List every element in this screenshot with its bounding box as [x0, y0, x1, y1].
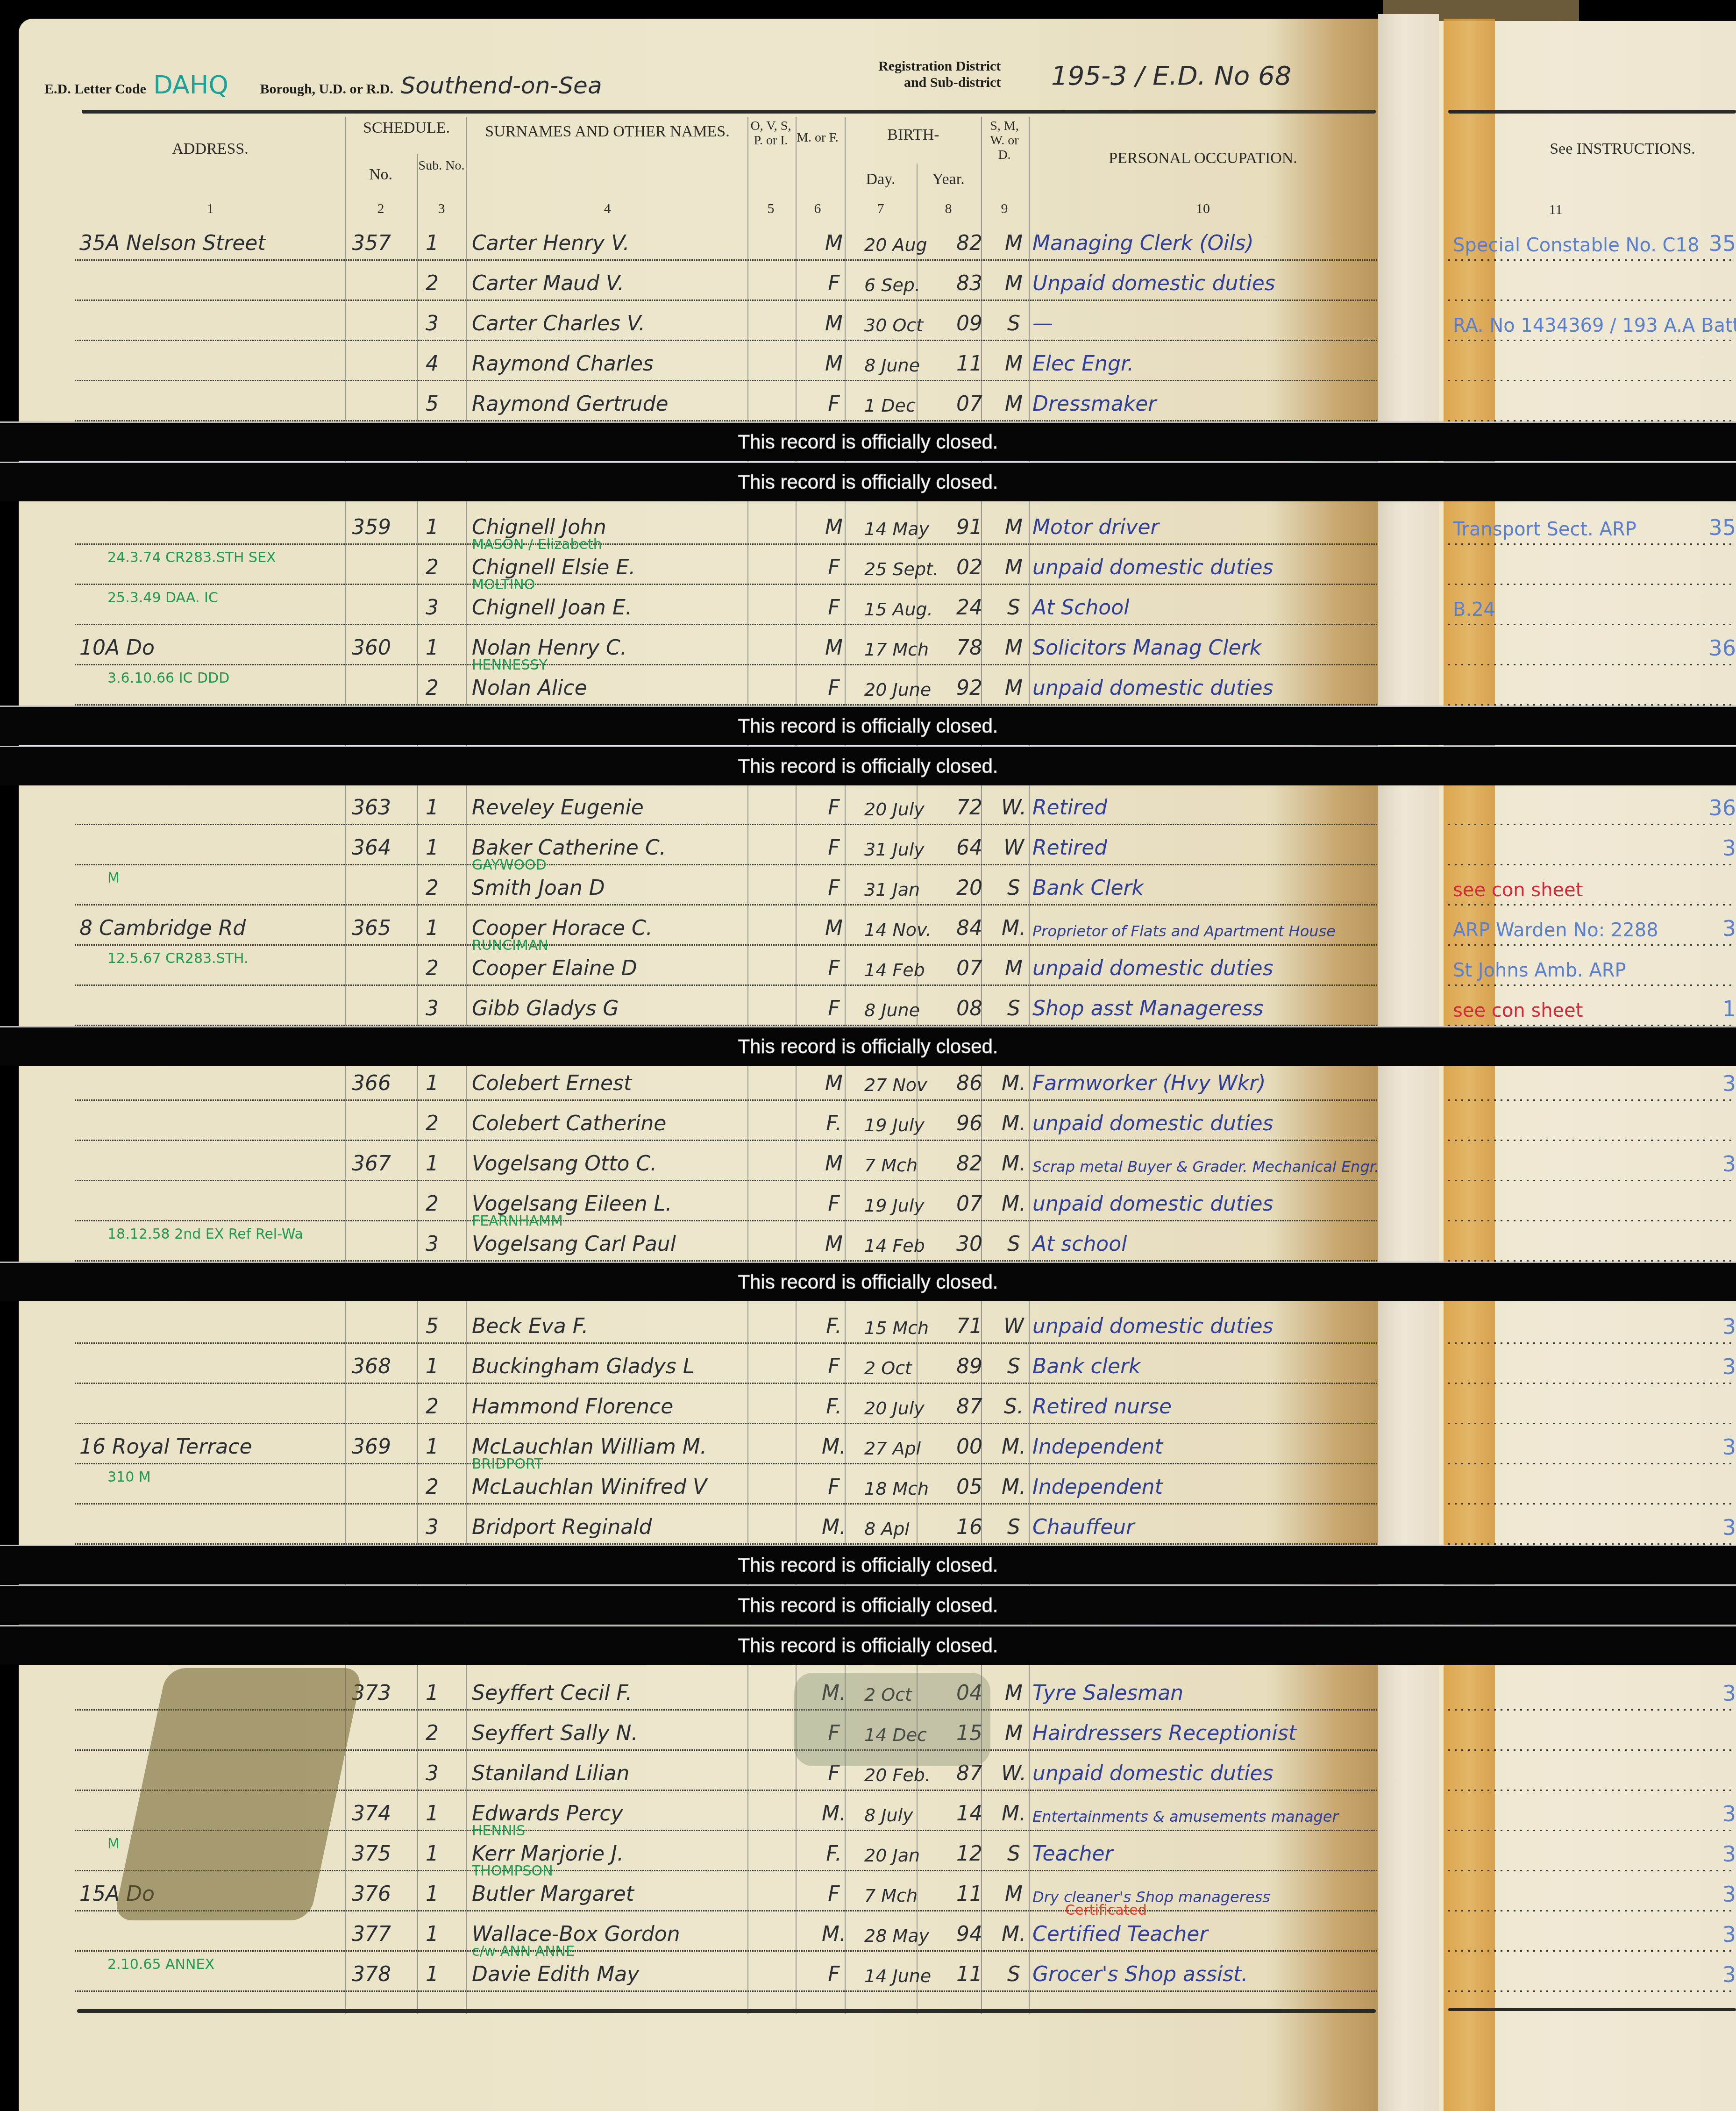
name-amendment: FEARNHAMM: [472, 1213, 563, 1229]
sub-no-cell: 2: [418, 676, 446, 700]
birth-day-cell: 20 July: [864, 799, 934, 820]
address-cell: 10A Do: [79, 636, 341, 660]
sex-cell: M: [804, 515, 864, 539]
closed-record-notice: This record is officially closed.: [738, 471, 998, 493]
table-row: 5Raymond GertrudeF1 Dec07MDressmaker: [75, 381, 1378, 421]
instructions-row: [1448, 1751, 1736, 1791]
sub-no-cell: 3: [418, 596, 446, 620]
sex-cell: M: [804, 312, 864, 335]
table-row: 2Vogelsang Eileen L.F19 July07M.unpaid d…: [75, 1181, 1378, 1221]
instructions-row: 3: [1448, 1831, 1736, 1871]
name-cell: McLauchlan William M.: [472, 1435, 780, 1459]
sub-no-cell: 3: [418, 1515, 446, 1539]
table-row: 3Gibb Gladys GF8 June08SShop asst Manage…: [75, 986, 1378, 1026]
sub-no-cell: 4: [418, 352, 446, 376]
sub-no-cell: 1: [418, 1435, 446, 1459]
table-row: 3661Colebert ErnestM27 Nov86M.Farmworker…: [75, 1061, 1378, 1101]
name-cell: Hammond Florence: [472, 1395, 780, 1419]
birth-day-cell: 7 Mch: [864, 1885, 934, 1906]
margin-note: 12.5.67 CR283.STH.: [107, 950, 249, 967]
occupation-cell: Retired: [1032, 796, 1378, 820]
col-year-heading: Year.: [918, 171, 979, 188]
instructions-note: Transport Sect. ARP: [1453, 519, 1636, 540]
sex-cell: M: [804, 231, 864, 255]
instructions-row: [1448, 341, 1736, 381]
sex-cell: F: [804, 876, 864, 900]
col-num-10: 10: [1032, 201, 1373, 217]
sex-cell: M.: [804, 1515, 864, 1539]
sex-cell: F.: [804, 1842, 864, 1866]
instructions-number: 3: [1722, 1681, 1736, 1706]
name-cell: Chignell Elsie E.: [472, 556, 780, 579]
schedule-no-cell: 378: [346, 1962, 397, 1986]
occupation-cell: Retired nurse: [1032, 1395, 1378, 1419]
occupation-cell: Managing Clerk (Oils): [1032, 231, 1378, 255]
sub-no-cell: 1: [418, 1802, 446, 1826]
sex-cell: F: [804, 836, 864, 860]
table-row: 3Chignell Joan E.F15 Aug.24SAt SchoolMOL…: [75, 585, 1378, 625]
header-rule-right: [1448, 110, 1736, 114]
name-cell: Carter Henry V.: [472, 231, 780, 255]
closed-record-notice: This record is officially closed.: [738, 1554, 998, 1576]
occupation-cell: Tyre Salesman: [1032, 1681, 1378, 1705]
table-row: 3681Buckingham Gladys LF2 Oct89SBank cle…: [75, 1344, 1378, 1384]
birth-day-cell: 7 Mch: [864, 1155, 934, 1176]
birth-day-cell: 17 Mch: [864, 639, 934, 660]
occupation-cell: Elec Engr.: [1032, 352, 1378, 376]
header-rule: [82, 110, 1376, 114]
closed-record-bar: This record is officially closed.: [0, 421, 1736, 461]
table-row: 3641Baker Catherine C.F31 July64WRetired: [75, 825, 1378, 865]
col-num-3: 3: [418, 201, 465, 217]
name-cell: Vogelsang Eileen L.: [472, 1192, 780, 1216]
instructions-number: 3: [1722, 1434, 1736, 1460]
col-num-8: 8: [918, 201, 979, 217]
occupation-cell: Independent: [1032, 1435, 1378, 1459]
instructions-row: 3: [1448, 1505, 1736, 1545]
col-sex-heading: M. or F.: [797, 131, 839, 145]
instructions-row: B.24: [1448, 585, 1736, 625]
sex-cell: M.: [804, 1435, 864, 1459]
name-amendment: MASON / Elizabeth: [472, 536, 602, 553]
name-amendment: GAYWOOD: [472, 857, 547, 873]
sub-no-cell: 1: [418, 1922, 446, 1946]
birth-day-cell: 20 Jan: [864, 1845, 934, 1866]
name-amendment: BRIDPORT: [472, 1456, 543, 1472]
ed-letter-code: DAHQ: [153, 70, 228, 100]
schedule-no-cell: 377: [346, 1922, 397, 1946]
schedule-no-cell: 363: [346, 796, 397, 820]
margin-note: M: [107, 1836, 120, 1852]
col-num-9: 9: [983, 201, 1025, 217]
sub-no-cell: 3: [418, 1232, 446, 1256]
birth-day-cell: 25 Sept.: [864, 559, 934, 579]
col-occupation-heading: PERSONAL OCCUPATION.: [1032, 150, 1373, 167]
name-amendment: MOLTINO: [472, 577, 535, 593]
instructions-row: [1448, 665, 1736, 706]
instructions-number: 3: [1722, 1151, 1736, 1177]
instructions-row: Transport Sect. ARP35: [1448, 505, 1736, 545]
name-cell: Colebert Ernest: [472, 1071, 780, 1095]
occupation-cell: unpaid domestic duties: [1032, 1762, 1378, 1785]
occupation-cell: At school: [1032, 1232, 1378, 1256]
sub-no-cell: 1: [418, 1071, 446, 1095]
address-cell: 35A Nelson Street: [79, 231, 341, 255]
instructions-row: Special Constable No. C1835: [1448, 221, 1736, 261]
birth-day-cell: 8 Apl: [864, 1519, 934, 1539]
name-cell: Butler Margaret: [472, 1882, 780, 1906]
sub-no-cell: 1: [418, 515, 446, 539]
name-cell: Carter Charles V.: [472, 312, 780, 335]
sub-no-cell: 2: [418, 1475, 446, 1499]
sub-no-cell: 3: [418, 1762, 446, 1785]
instructions-number: 3: [1722, 1922, 1736, 1947]
instructions-note: St Johns Amb. ARP: [1453, 960, 1626, 981]
instructions-row: 36: [1448, 625, 1736, 665]
margin-note: 24.3.74 CR283.STH SEX: [107, 549, 276, 566]
sex-cell: M: [804, 916, 864, 940]
occupation-cell: unpaid domestic duties: [1032, 1112, 1378, 1135]
dotted-rule: [1448, 1990, 1736, 1992]
birth-day-cell: 30 Oct: [864, 315, 934, 335]
occupation-cell: Dressmaker: [1032, 392, 1378, 416]
name-cell: Raymond Gertrude: [472, 392, 780, 416]
sub-no-cell: 1: [418, 231, 446, 255]
birth-day-cell: 14 Feb: [864, 960, 934, 980]
birth-day-cell: 28 May: [864, 1926, 934, 1946]
col-num-5: 5: [750, 201, 792, 217]
sex-cell: F.: [804, 1314, 864, 1338]
closed-record-notice: This record is officially closed.: [738, 715, 998, 737]
sex-cell: M: [804, 1152, 864, 1176]
instructions-number: 3: [1722, 1841, 1736, 1867]
occupation-cell: Unpaid domestic duties: [1032, 271, 1378, 295]
closed-record-bar: This record is officially closed.: [0, 706, 1736, 745]
birth-day-cell: 20 June: [864, 679, 934, 700]
col-num-2: 2: [346, 201, 416, 217]
closed-record-notice: This record is officially closed.: [738, 1594, 998, 1617]
schedule-no-cell: 364: [346, 836, 397, 860]
birth-day-cell: 8 June: [864, 355, 934, 376]
schedule-no-cell: 366: [346, 1071, 397, 1095]
occupation-cell: Bank clerk: [1032, 1355, 1378, 1378]
sub-no-cell: 5: [418, 392, 446, 416]
sex-cell: M.: [804, 1802, 864, 1826]
instructions-row: [1448, 1221, 1736, 1262]
closed-record-bar: This record is officially closed.: [0, 1026, 1736, 1066]
instructions-row: [1448, 381, 1736, 421]
col-schedule-no-heading: No.: [346, 166, 416, 183]
schedule-no-cell: 367: [346, 1152, 397, 1176]
schedule-no-cell: 375: [346, 1842, 397, 1866]
table-row: 2Carter Maud V.F6 Sep.83MUnpaid domestic…: [75, 261, 1378, 301]
birth-day-cell: 31 July: [864, 839, 934, 860]
col-birth-heading: BIRTH-: [846, 126, 981, 143]
sex-cell: F: [804, 1882, 864, 1906]
name-cell: Reveley Eugenie: [472, 796, 780, 820]
occupation-cell: —: [1032, 312, 1378, 335]
instructions-number: 3: [1722, 1801, 1736, 1826]
closed-record-bar: This record is officially closed.: [0, 746, 1736, 785]
instructions-note: ARP Warden No: 2288: [1453, 920, 1658, 941]
name-cell: McLauchlan Winifred V: [472, 1475, 780, 1499]
sex-cell: F.: [804, 1395, 864, 1419]
closed-record-bar: This record is officially closed.: [0, 1585, 1736, 1625]
name-cell: Seyffert Cecil F.: [472, 1681, 780, 1705]
sex-cell: F: [804, 1355, 864, 1378]
sex-cell: M: [804, 636, 864, 660]
schedule-no-cell: 359: [346, 515, 397, 539]
sex-cell: F: [804, 596, 864, 620]
sub-no-cell: 1: [418, 1681, 446, 1705]
instructions-number: 3: [1722, 916, 1736, 941]
sex-cell: F.: [804, 1112, 864, 1135]
occupation-cell: Retired: [1032, 836, 1378, 860]
sub-no-cell: 1: [418, 636, 446, 660]
occupation-amendment: Certificated: [1065, 1902, 1147, 1918]
col-schedule-heading: SCHEDULE.: [346, 119, 467, 136]
instructions-row: 3: [1448, 1952, 1736, 1992]
name-cell: Nolan Alice: [472, 676, 780, 700]
closed-record-notice: This record is officially closed.: [738, 1035, 998, 1058]
table-row: 3Carter Charles V.M30 Oct09S—: [75, 301, 1378, 341]
name-cell: Cooper Elaine D: [472, 956, 780, 980]
col-address-heading: ADDRESS.: [84, 140, 336, 157]
col-day-heading: Day.: [846, 171, 916, 188]
table-row: 2Chignell Elsie E.F25 Sept.02Munpaid dom…: [75, 545, 1378, 585]
col-names-heading: SURNAMES AND OTHER NAMES.: [472, 119, 743, 144]
table-row: 3Bridport ReginaldM.8 Apl16SChauffeur: [75, 1505, 1378, 1545]
name-amendment: RUNCIMAN: [472, 937, 548, 954]
sub-no-cell: 2: [418, 876, 446, 900]
occupation-cell: unpaid domestic duties: [1032, 956, 1378, 980]
name-amendment: THOMPSON: [472, 1863, 553, 1879]
name-cell: Vogelsang Otto C.: [472, 1152, 780, 1176]
address-cell: 8 Cambridge Rd: [79, 916, 341, 940]
margin-note: 2.10.65 ANNEX: [107, 1956, 214, 1973]
birth-day-cell: 19 July: [864, 1115, 934, 1135]
instructions-note: see con sheet: [1453, 879, 1583, 901]
borough-value: Southend-on-Sea: [401, 72, 602, 99]
sex-cell: F: [804, 956, 864, 980]
occupation-cell: Chauffeur: [1032, 1515, 1378, 1539]
footer-rule-right: [1448, 2008, 1736, 2011]
closed-record-notice: This record is officially closed.: [738, 431, 998, 453]
closed-record-bar: This record is officially closed.: [0, 1545, 1736, 1584]
col-num-1: 1: [84, 201, 336, 217]
table-row: 16 Royal Terrace3691McLauchlan William M…: [75, 1424, 1378, 1464]
instructions-row: RA. No 1434369 / 193 A.A Battery: [1448, 301, 1736, 341]
instructions-row: 3: [1448, 1670, 1736, 1711]
name-amendment: c/w ANN ANNE: [472, 1943, 575, 1960]
occupation-cell: unpaid domestic duties: [1032, 1192, 1378, 1216]
occupation-cell: Bank Clerk: [1032, 876, 1378, 900]
sub-no-cell: 3: [418, 997, 446, 1020]
col-instructions-heading: See INSTRUCTIONS.: [1509, 140, 1736, 157]
occupation-cell: unpaid domestic duties: [1032, 676, 1378, 700]
occupation-cell: Farmworker (Hvy Wkr): [1032, 1071, 1378, 1095]
col-ovspi-heading: O, V, S, P. or I.: [750, 119, 792, 148]
instructions-note: Special Constable No. C18: [1453, 235, 1699, 256]
name-cell: Seyffert Sally N.: [472, 1721, 780, 1745]
name-cell: Carter Maud V.: [472, 271, 780, 295]
occupation-cell: Entertainments & amusements manager: [1032, 1808, 1378, 1826]
instructions-row: ARP Warden No: 22883: [1448, 906, 1736, 946]
birth-day-cell: 14 Nov.: [864, 920, 934, 940]
name-cell: Vogelsang Carl Paul: [472, 1232, 780, 1256]
instructions-row: St Johns Amb. ARP: [1448, 946, 1736, 986]
sub-no-cell: 1: [418, 1962, 446, 1986]
schedule-no-cell: 369: [346, 1435, 397, 1459]
birth-day-cell: 19 July: [864, 1195, 934, 1216]
instructions-row: 3: [1448, 825, 1736, 865]
birth-day-cell: 1 Dec: [864, 395, 934, 416]
occupation-cell: Shop asst Manageress: [1032, 997, 1378, 1020]
instructions-number: 36: [1708, 635, 1736, 661]
instructions-number: 3: [1722, 1071, 1736, 1096]
name-cell: Edwards Percy: [472, 1802, 780, 1826]
col-num-4: 4: [472, 201, 743, 217]
table-row: 4Raymond CharlesM8 June11MElec Engr.: [75, 341, 1378, 381]
instructions-row: [1448, 1384, 1736, 1424]
name-cell: Bridport Reginald: [472, 1515, 780, 1539]
closed-record-bar: This record is officially closed.: [0, 462, 1736, 501]
sub-no-cell: 1: [418, 796, 446, 820]
table-row: 35A Nelson Street3571Carter Henry V.M20 …: [75, 221, 1378, 261]
registration-district-value: 195-3 / E.D. No 68: [1051, 61, 1291, 91]
sub-no-cell: 5: [418, 1314, 446, 1338]
ed-letter-code-label: E.D. Letter Code: [44, 81, 146, 97]
instructions-number: 3: [1722, 1515, 1736, 1540]
instructions-row: 3: [1448, 1304, 1736, 1344]
sub-no-cell: 1: [418, 916, 446, 940]
schedule-no-cell: 374: [346, 1802, 397, 1826]
sex-cell: M: [804, 1071, 864, 1095]
table-row: 10A Do3601Nolan Henry C.M17 Mch78MSolici…: [75, 625, 1378, 665]
sex-cell: F: [804, 271, 864, 295]
closed-record-notice: This record is officially closed.: [738, 1634, 998, 1657]
sex-cell: M: [804, 1232, 864, 1256]
footer-rule: [77, 2009, 1376, 2013]
birth-day-cell: 8 July: [864, 1805, 934, 1826]
margin-note: 18.12.58 2nd EX Ref Rel-Wa: [107, 1226, 303, 1242]
instructions-row: 3: [1448, 1344, 1736, 1384]
sex-cell: F: [804, 796, 864, 820]
name-amendment: HENNESSY: [472, 657, 548, 673]
table-row: 5Beck Eva F.F.15 Mch71Wunpaid domestic d…: [75, 1304, 1378, 1344]
instructions-note: RA. No 1434369 / 193 A.A Battery: [1453, 315, 1736, 336]
instructions-note: see con sheet: [1453, 1000, 1583, 1021]
name-cell: Baker Catherine C.: [472, 836, 780, 860]
name-cell: Chignell John: [472, 515, 780, 539]
occupation-cell: Proprietor of Flats and Apartment House: [1032, 922, 1378, 940]
margin-note: 3.6.10.66 IC DDD: [107, 670, 229, 686]
sub-no-cell: 2: [418, 956, 446, 980]
instructions-row: 3: [1448, 1424, 1736, 1464]
table-row: 8 Cambridge Rd3651Cooper Horace C.M14 No…: [75, 906, 1378, 946]
sub-no-cell: 1: [418, 1152, 446, 1176]
birth-day-cell: 14 May: [864, 519, 934, 539]
table-row: 2Smith Joan DF31 Jan20SBank ClerkGAYWOOD…: [75, 865, 1378, 906]
instructions-number: 36: [1708, 795, 1736, 820]
sub-no-cell: 2: [418, 1395, 446, 1419]
sub-no-cell: 2: [418, 271, 446, 295]
table-row: 3671Vogelsang Otto C.M7 Mch82M.Scrap met…: [75, 1141, 1378, 1181]
sub-no-cell: 1: [418, 1842, 446, 1866]
schedule-no-cell: 365: [346, 916, 397, 940]
name-cell: Nolan Henry C.: [472, 636, 780, 660]
table-row: 2Cooper Elaine DF14 Feb07Munpaid domesti…: [75, 946, 1378, 986]
table-row: 2Nolan AliceF20 June92Munpaid domestic d…: [75, 665, 1378, 706]
instructions-row: see con sheet: [1448, 865, 1736, 906]
sub-no-cell: 2: [418, 556, 446, 579]
instructions-row: 36: [1448, 785, 1736, 825]
name-cell: Colebert Catherine: [472, 1112, 780, 1135]
occupation-cell: unpaid domestic duties: [1032, 556, 1378, 579]
schedule-no-cell: 357: [346, 231, 397, 255]
sex-cell: F: [804, 556, 864, 579]
table-row: 3781Davie Edith MayF14 June11SGrocer's S…: [75, 1952, 1378, 1992]
name-cell: Buckingham Gladys L: [472, 1355, 780, 1378]
closed-record-notice: This record is officially closed.: [738, 1271, 998, 1293]
sex-cell: F: [804, 997, 864, 1020]
instructions-number: 35: [1708, 231, 1736, 256]
sex-cell: F: [804, 676, 864, 700]
table-row: 3Vogelsang Carl PaulM14 Feb30SAt schoolF…: [75, 1221, 1378, 1262]
col-sub-no-heading: Sub. No.: [418, 159, 465, 173]
occupation-cell: Teacher: [1032, 1842, 1378, 1866]
sex-cell: F: [804, 392, 864, 416]
table-row: 3591Chignell JohnM14 May91MMotor driver: [75, 505, 1378, 545]
birth-day-cell: 20 July: [864, 1398, 934, 1419]
col-num-11: 11: [1509, 202, 1602, 218]
margin-note: 310 M: [107, 1469, 151, 1485]
instructions-row: 3: [1448, 1141, 1736, 1181]
birth-day-cell: 31 Jan: [864, 879, 934, 900]
occupation-cell: At School: [1032, 596, 1378, 620]
sex-cell: M: [804, 352, 864, 376]
occupation-cell: Hairdressers Receptionist: [1032, 1721, 1378, 1745]
instructions-row: [1448, 1181, 1736, 1221]
birth-day-cell: 27 Apl: [864, 1438, 934, 1459]
birth-day-cell: 14 June: [864, 1966, 934, 1986]
register-header: E.D. Letter Code DAHQ Borough, U.D. or R…: [44, 70, 621, 100]
closed-record-notice: This record is officially closed.: [738, 755, 998, 777]
instructions-row: 3: [1448, 1911, 1736, 1952]
name-cell: Staniland Lilian: [472, 1762, 780, 1785]
col-num-6: 6: [797, 201, 839, 217]
table-row: 3631Reveley EugenieF20 July72W.Retired: [75, 785, 1378, 825]
instructions-number: 3: [1722, 1354, 1736, 1379]
name-cell: Davie Edith May: [472, 1962, 780, 1986]
instructions-row: [1448, 261, 1736, 301]
table-row: 2Hammond FlorenceF.20 July87S.Retired nu…: [75, 1384, 1378, 1424]
name-cell: Gibb Gladys G: [472, 997, 780, 1020]
sex-cell: M.: [804, 1922, 864, 1946]
registration-district-label: Registration District and Sub-district: [878, 58, 1001, 91]
margin-note: 25.3.49 DAA. IC: [107, 590, 218, 606]
closed-record-bar: This record is officially closed.: [0, 1262, 1736, 1301]
occupation-cell: Solicitors Manag Clerk: [1032, 636, 1378, 660]
occupation-cell: Grocer's Shop assist.: [1032, 1962, 1378, 1986]
sex-cell: F: [804, 1475, 864, 1499]
instructions-note: B.24: [1453, 599, 1495, 620]
margin-note: M: [107, 870, 120, 886]
col-smwd-heading: S, M, W. or D.: [983, 119, 1025, 162]
sex-cell: F: [804, 1962, 864, 1986]
sub-no-cell: 1: [418, 1882, 446, 1906]
sub-no-cell: 2: [418, 1721, 446, 1745]
